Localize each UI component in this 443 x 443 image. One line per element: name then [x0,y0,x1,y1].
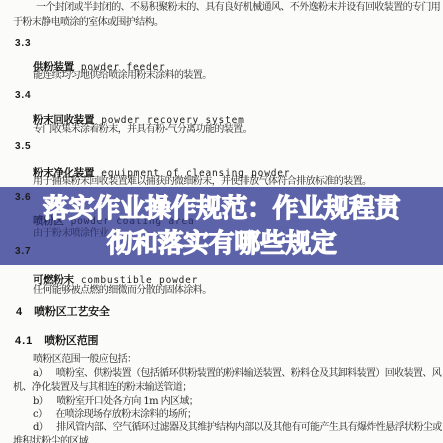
term-definition-3-3: 能连续均匀地供给喷涂用粉末涂料的装置。 [33,71,212,81]
list-label-a: a） [33,368,48,379]
list-label-d: d） [33,422,48,433]
term-definition-3-4: 专门收集未涂着粉末，并具有粉-气分离功能的装置。 [33,125,252,135]
list-label-b: b） [33,396,48,407]
term-definition-3-7: 任何能够被点燃的细微而分散的固体涂料。 [33,286,212,296]
term-definition-3-5: 用于捕集粉末回收装置难以捕获的微细粉末，并使排放气体符合排放标准的装置。 [33,177,371,187]
overlay-title: 落实作业操作规范：作业规程贯 彻和落实有哪些规定 [0,187,443,265]
term-number-3-5: 3.5 [15,142,31,152]
overlay-title-line-2: 彻和落实有哪些规定 [107,226,337,261]
standard-document-page: 一个封闭或半封闭的、不易积聚粉末的、具有良好机械通风、不外逸粉末并设有回收装置的… [0,0,443,443]
list-label-c: c） [33,409,47,420]
heading-4-1-number: 4.1 [15,335,33,347]
heading-4-title: 喷粉区工艺安全 [34,306,110,318]
overlay-title-line-1: 落实作业操作规范：作业规程贯 [43,191,400,226]
term-title-3-7: 可燃粉末combustible powder [33,270,198,286]
list-item-c: c）在喷涂现场存放粉末涂料的场所； [33,410,196,420]
term-number-3-3: 3.3 [15,39,31,49]
list-item-d-line-2: 堆积状粉尘的区域 [13,437,88,443]
list-text-b: 喷粉室开口处各方向 1m 内区域； [56,396,198,407]
heading-section-4: 4喷粉区工艺安全 [16,307,110,318]
overlay-title-banner: 3.6 喷粉区powder coating area 由于粉末喷涂作业 3.7 … [0,187,443,265]
list-item-b: b）喷粉室开口处各方向 1m 内区域； [33,397,198,407]
intro-line-1: 一个封闭或半封闭的、不易积聚粉末的、具有良好机械通风、不外逸粉末并设有回收装置的… [36,3,440,13]
list-item-a-line-1: a）喷粉室、供粉装置（包括循环供粉装置的粉料输送装置、粉料仓及其卸料装置）回收装… [33,369,441,379]
list-text-c: 在喷涂现场存放粉末涂料的场所； [55,409,196,420]
lead-line: 喷粉区范围一般应包括： [33,355,136,365]
term-number-3-4: 3.4 [15,91,31,101]
list-text-d-1: 排风管内部、空气循环过滤器及其维护结构内部以及其他有可能产生具有爆炸性悬浮状粉尘… [56,422,441,433]
heading-4-number: 4 [16,306,23,318]
intro-line-2: 于粉末静电喷涂的室体或围护结构。 [13,18,163,28]
list-item-a-line-2: 机、净化装置及与其相连的粉末输送管道； [13,383,192,393]
list-text-a-1: 喷粉室、供粉装置（包括循环供粉装置的粉料输送装置、粉料仓及其卸料装置）回收装置、… [56,368,441,379]
heading-section-4-1: 4.1喷粉区范围 [15,336,98,347]
heading-4-1-title: 喷粉区范围 [44,335,98,347]
list-item-d-line-1: d）排风管内部、空气循环过滤器及其维护结构内部以及其他有可能产生具有爆炸性悬浮状… [33,423,442,433]
